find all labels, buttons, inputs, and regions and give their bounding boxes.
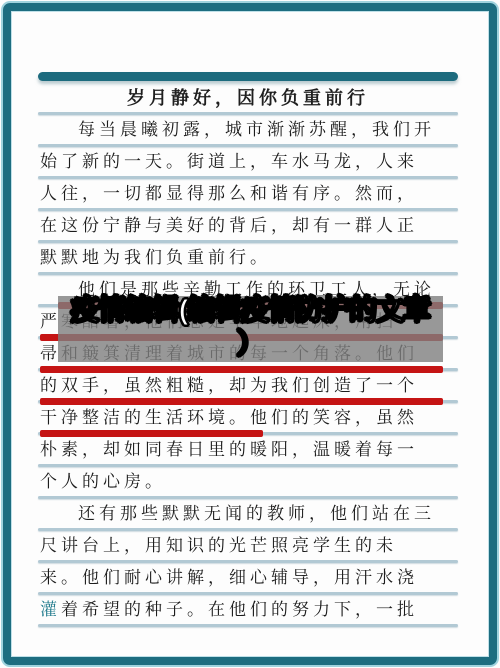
row-text: 干净整洁的生活环境。他们的笑容，虽然 xyxy=(40,403,418,428)
red-underline xyxy=(40,366,443,373)
ruled-line xyxy=(38,624,458,627)
teal-lead-char: 灌 xyxy=(40,600,61,619)
text-row: 尺讲台上，用知识的光芒照亮学生的未 xyxy=(40,528,460,560)
text-row: 每当晨曦初露，城市渐渐苏醒，我们开 xyxy=(40,112,460,144)
text-row: 个人的心房。 xyxy=(40,464,460,496)
overlay-title-line1: 疫情编辑(编辑疫情防护的文章 xyxy=(71,294,430,325)
row-text: 还有那些默默无闻的教师，他们站在三 xyxy=(40,499,435,524)
overlay-title-line2: ） xyxy=(52,327,449,361)
row-text: 尺讲台上，用知识的光芒照亮学生的未 xyxy=(40,531,397,556)
row-text: 人往，一切都显得那么和谐有序。然而， xyxy=(40,179,418,204)
red-underline xyxy=(40,398,443,405)
text-row: 默默地为我们负重前行。 xyxy=(40,240,460,272)
row-text: 个人的心房。 xyxy=(40,467,166,492)
row-text: 每当晨曦初露，城市渐渐苏醒，我们开 xyxy=(40,115,435,140)
row-text: 灌着希望的种子。在他们的努力下，一批 xyxy=(40,595,418,620)
page-top-divider-bar xyxy=(38,72,458,81)
row-text: 朴素，却如同春日里的暖阳，温暖着每一 xyxy=(40,435,418,460)
text-row: 还有那些默默无闻的教师，他们站在三 xyxy=(40,496,460,528)
text-row: 在这份宁静与美好的背后，却有一群人正 xyxy=(40,208,460,240)
article-heading: 岁月静好，因你负重前行 xyxy=(38,84,458,110)
article-page: 岁月静好，因你负重前行 每当晨曦初露，城市渐渐苏醒，我们开 始了新的一天。街道上… xyxy=(0,0,500,668)
text-row: 人往，一切都显得那么和谐有序。然而， xyxy=(40,176,460,208)
row-text: 默默地为我们负重前行。 xyxy=(40,243,271,268)
row-text-rest: 着希望的种子。在他们的努力下，一批 xyxy=(61,600,418,619)
text-row: 来。他们耐心讲解，细心辅导，用汗水浇 xyxy=(40,560,460,592)
red-underline xyxy=(40,430,263,437)
overlay-title: 疫情编辑(编辑疫情防护的文章 ） xyxy=(52,293,449,361)
row-text: 的双手，虽然粗糙，却为我们创造了一个 xyxy=(40,371,418,396)
text-row: 始了新的一天。街道上，车水马龙，人来 xyxy=(40,144,460,176)
row-text: 来。他们耐心讲解，细心辅导，用汗水浇 xyxy=(40,563,418,588)
row-text: 始了新的一天。街道上，车水马龙，人来 xyxy=(40,147,418,172)
text-row: 灌着希望的种子。在他们的努力下，一批 xyxy=(40,592,460,624)
row-text: 在这份宁静与美好的背后，却有一群人正 xyxy=(40,211,418,236)
